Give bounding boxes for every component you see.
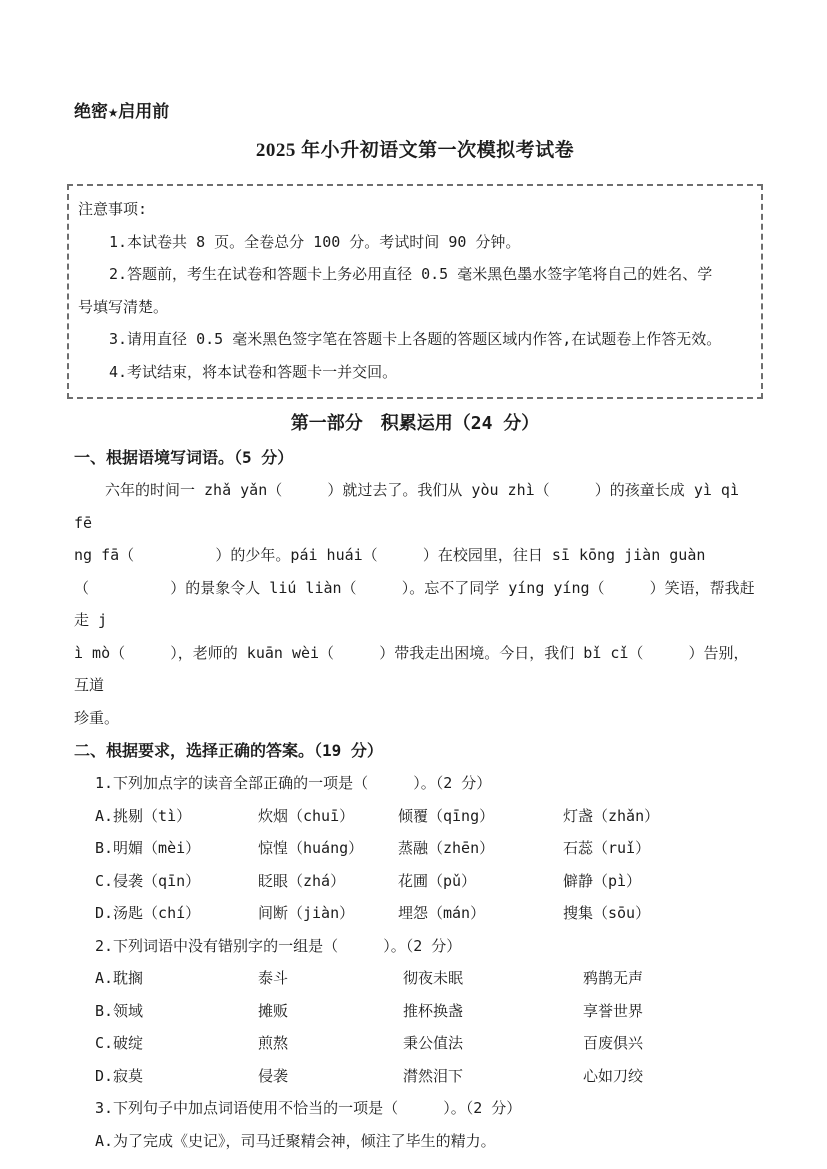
page-content: 绝密★启用前 2025 年小升初语文第一次模拟考试卷 注意事项: 1.本试卷共 … — [74, 100, 756, 1157]
option-cell: 惊惶（huáng） — [258, 832, 398, 865]
security-classification: 绝密★启用前 — [74, 100, 756, 124]
option-cell: 推杯换盏 — [403, 995, 583, 1028]
option-cell: 侵袭 — [258, 1060, 403, 1093]
option-cell: 蒸融（zhēn） — [398, 832, 563, 865]
exam-title: 2025 年小升初语文第一次模拟考试卷 — [74, 136, 756, 166]
section1-heading: 一、根据语境写词语。（5 分） — [74, 441, 756, 474]
part1-heading: 第一部分 积累运用（24 分） — [74, 407, 756, 441]
notice-line-1: 1.本试卷共 8 页。全卷总分 100 分。考试时间 90 分钟。 — [78, 226, 752, 259]
pinyin-paragraph-line-5: 珍重。 — [74, 702, 756, 735]
option-cell: 眨眼（zhá） — [258, 865, 398, 898]
option-cell: 倾覆（qīng） — [398, 800, 563, 833]
option-cell: 潸然泪下 — [403, 1060, 583, 1093]
notice-line-4: 4.考试结束，将本试卷和答题卡一并交回。 — [78, 356, 752, 389]
option-cell: 搜集（sōu） — [563, 897, 756, 930]
notice-line-2: 2.答题前，考生在试卷和答题卡上务必用直径 0.5 毫米黑色墨水签字笔将自己的姓… — [78, 258, 752, 291]
question1-option-row-d: D.汤匙（chí） 间断（jiàn） 埋怨（mán） 搜集（sōu） — [95, 897, 756, 930]
option-cell: 享誉世界 — [583, 995, 756, 1028]
option-cell: C.破绽 — [95, 1027, 258, 1060]
pinyin-paragraph-line-2: ng fā（ ）的少年。pái huái（ ）在校园里，往日 sī kōng j… — [74, 539, 756, 572]
pinyin-paragraph-line-3: （ ）的景象令人 liú liàn（ ）。忘不了同学 yíng yíng（ ）笑… — [74, 572, 756, 637]
question1-option-row-a: A.挑剔（tì） 炊烟（chuī） 倾覆（qīng） 灯盏（zhǎn） — [95, 800, 756, 833]
exam-page: 绝密★启用前 2025 年小升初语文第一次模拟考试卷 注意事项: 1.本试卷共 … — [0, 0, 827, 1169]
question2-option-row-b: B.领域 摊贩 推杯换盏 享誉世界 — [95, 995, 756, 1028]
option-cell: B.领域 — [95, 995, 258, 1028]
notice-box: 注意事项: 1.本试卷共 8 页。全卷总分 100 分。考试时间 90 分钟。 … — [67, 184, 763, 399]
option-cell: 炊烟（chuī） — [258, 800, 398, 833]
notice-line-2-continued: 号填写清楚。 — [78, 291, 752, 324]
option-cell: 石蕊（ruǐ） — [563, 832, 756, 865]
option-cell: D.寂莫 — [95, 1060, 258, 1093]
question3-stem: 3.下列句子中加点词语使用不恰当的一项是（ ）。（2 分） — [95, 1092, 756, 1125]
question2-option-row-a: A.耽搁 泰斗 彻夜未眠 鸦鹊无声 — [95, 962, 756, 995]
question1-stem: 1.下列加点字的读音全部正确的一项是（ ）。（2 分） — [95, 767, 756, 800]
option-cell: A.挑剔（tì） — [95, 800, 258, 833]
option-cell: C.侵袭（qīn） — [95, 865, 258, 898]
option-cell: A.耽搁 — [95, 962, 258, 995]
option-cell: 僻静（pì） — [563, 865, 756, 898]
option-cell: 秉公值法 — [403, 1027, 583, 1060]
option-cell: 间断（jiàn） — [258, 897, 398, 930]
option-cell: 煎熬 — [258, 1027, 403, 1060]
option-cell: 灯盏（zhǎn） — [563, 800, 756, 833]
option-cell: D.汤匙（chí） — [95, 897, 258, 930]
question2-option-row-d: D.寂莫 侵袭 潸然泪下 心如刀绞 — [95, 1060, 756, 1093]
pinyin-paragraph-line-1: 六年的时间一 zhǎ yǎn（ ）就过去了。我们从 yòu zhì（ ）的孩童长… — [74, 474, 756, 539]
option-cell: 摊贩 — [258, 995, 403, 1028]
option-cell: 鸦鹊无声 — [583, 962, 756, 995]
option-cell: B.明媚（mèi） — [95, 832, 258, 865]
option-cell: 埋怨（mán） — [398, 897, 563, 930]
question1-option-row-b: B.明媚（mèi） 惊惶（huáng） 蒸融（zhēn） 石蕊（ruǐ） — [95, 832, 756, 865]
notice-line-3: 3.请用直径 0.5 毫米黑色签字笔在答题卡上各题的答题区域内作答,在试题卷上作… — [78, 323, 752, 356]
option-cell: 心如刀绞 — [583, 1060, 756, 1093]
question1-option-row-c: C.侵袭（qīn） 眨眼（zhá） 花圃（pǔ） 僻静（pì） — [95, 865, 756, 898]
option-cell: 彻夜未眠 — [403, 962, 583, 995]
pinyin-paragraph-line-4: ì mò（ ），老师的 kuān wèi（ ）带我走出困境。今日，我们 bǐ c… — [74, 637, 756, 702]
option-cell: 花圃（pǔ） — [398, 865, 563, 898]
question2-stem: 2.下列词语中没有错别字的一组是（ ）。（2 分） — [95, 930, 756, 963]
section2-heading: 二、根据要求，选择正确的答案。（19 分） — [74, 734, 756, 767]
option-cell: 泰斗 — [258, 962, 403, 995]
question3-option-a: A.为了完成《史记》，司马迁聚精会神，倾注了毕生的精力。 — [95, 1125, 756, 1158]
notice-heading: 注意事项: — [78, 193, 752, 226]
question2-option-row-c: C.破绽 煎熬 秉公值法 百废俱兴 — [95, 1027, 756, 1060]
option-cell: 百废俱兴 — [583, 1027, 756, 1060]
